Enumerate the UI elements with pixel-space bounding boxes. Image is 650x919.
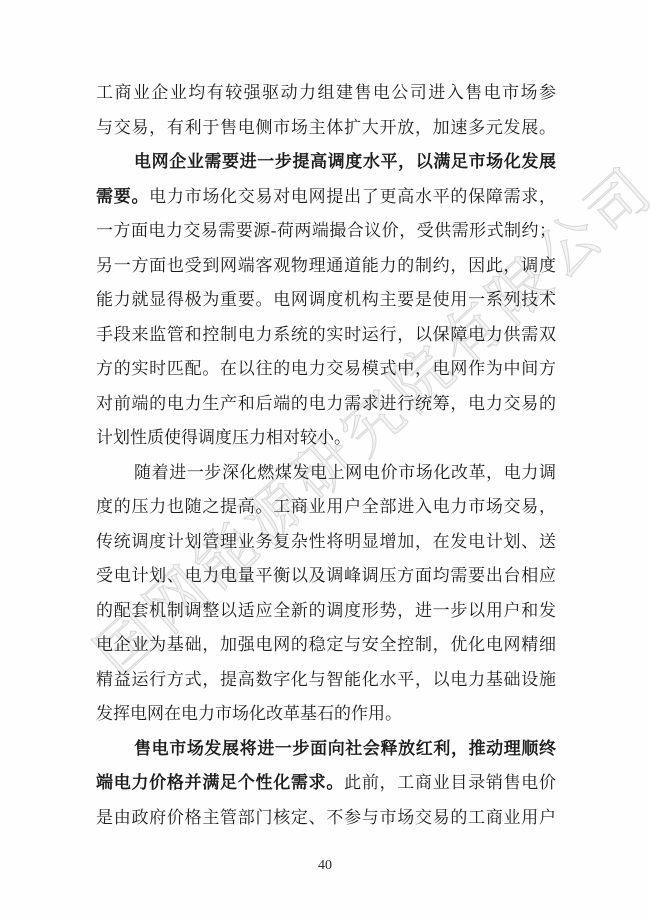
text-line: 需要。电力市场化交易对电网提出了更高水平的保障需求， (96, 180, 556, 215)
text-segment: 受电计划、电力电量平衡以及调峰调压方面均需要出台相应 (96, 566, 556, 585)
text-lines: 工商业企业均有较强驱动力组建售电公司进入售电市场参与交易，有利于售电侧市场主体扩… (96, 76, 556, 835)
text-line: 是由政府价格主管部门核定、不参与市场交易的工商业用户 (96, 801, 556, 836)
text-line: 工商业企业均有较强驱动力组建售电公司进入售电市场参 (96, 76, 556, 111)
text-segment: 度的压力也随之提高。工商业用户全部进入电力市场交易， (96, 497, 556, 516)
text-segment: 此前，工商业目录销售电价 (344, 773, 556, 792)
text-segment: 是由政府价格主管部门核定、不参与市场交易的工商业用户 (96, 808, 556, 827)
text-line: 另一方面也受到网端客观物理通道能力的制约，因此，调度 (96, 249, 556, 284)
bold-text-segment: 需要。 (96, 187, 149, 206)
text-segment: 工商业企业均有较强驱动力组建售电公司进入售电市场参 (96, 83, 556, 102)
text-segment: 一方面电力交易需要源-荷两端撮合议价，受供需形式制约； (96, 221, 556, 240)
text-line: 计划性质使得调度压力相对较小。 (96, 421, 556, 456)
text-segment: 对前端的电力生产和后端的电力需求进行统筹，电力交易的 (96, 394, 556, 413)
text-line: 发挥电网在电力市场化改革基石的作用。 (96, 697, 556, 732)
text-segment: 计划性质使得调度压力相对较小。 (96, 428, 351, 447)
text-segment: 另一方面也受到网端客观物理通道能力的制约，因此，调度 (96, 256, 556, 275)
text-segment: 能力就显得极为重要。电网调度机构主要是使用一系列技术 (96, 290, 556, 309)
text-line: 度的压力也随之提高。工商业用户全部进入电力市场交易， (96, 490, 556, 525)
text-line: 与交易，有利于售电侧市场主体扩大开放，加速多元发展。 (96, 111, 556, 146)
text-line: 能力就显得极为重要。电网调度机构主要是使用一系列技术 (96, 283, 556, 318)
text-segment: 电企业为基础，加强电网的稳定与安全控制，优化电网精细 (96, 635, 556, 654)
text-segment: 方的实时匹配。在以往的电力交易模式中，电网作为中间方 (96, 359, 556, 378)
text-line: 的配套机制调整以适应全新的调度形势，进一步以用户和发 (96, 594, 556, 629)
text-line: 方的实时匹配。在以往的电力交易模式中，电网作为中间方 (96, 352, 556, 387)
text-line: 受电计划、电力电量平衡以及调峰调压方面均需要出台相应 (96, 559, 556, 594)
bold-text-segment: 端电力价格并满足个性化需求。 (96, 773, 344, 792)
document-page: 国网能源研究院有限公司 工商业企业均有较强驱动力组建售电公司进入售电市场参与交易… (0, 0, 650, 919)
text-line: 售电市场发展将进一步面向社会释放红利，推动理顺终 (96, 732, 556, 767)
bold-text-segment: 电网企业需要进一步提高调度水平，以满足市场化发展 (134, 152, 556, 171)
text-line: 端电力价格并满足个性化需求。此前，工商业目录销售电价 (96, 766, 556, 801)
text-segment: 精益运行方式，提高数字化与智能化水平，以电力基础设施 (96, 670, 556, 689)
text-line: 一方面电力交易需要源-荷两端撮合议价，受供需形式制约； (96, 214, 556, 249)
text-line: 对前端的电力生产和后端的电力需求进行统筹，电力交易的 (96, 387, 556, 422)
text-segment: 手段来监管和控制电力系统的实时运行，以保障电力供需双 (96, 325, 556, 344)
text-line: 传统调度计划管理业务复杂性将明显增加，在发电计划、送 (96, 525, 556, 560)
text-line: 随着进一步深化燃煤发电上网电价市场化改革，电力调 (96, 456, 556, 491)
page-number: 40 (0, 858, 650, 874)
text-line: 精益运行方式，提高数字化与智能化水平，以电力基础设施 (96, 663, 556, 698)
bold-text-segment: 售电市场发展将进一步面向社会释放红利，推动理顺终 (134, 739, 556, 758)
text-line: 电企业为基础，加强电网的稳定与安全控制，优化电网精细 (96, 628, 556, 663)
text-segment: 的配套机制调整以适应全新的调度形势，进一步以用户和发 (96, 601, 556, 620)
text-line: 电网企业需要进一步提高调度水平，以满足市场化发展 (96, 145, 556, 180)
text-segment: 发挥电网在电力市场化改革基石的作用。 (96, 704, 402, 723)
text-segment: 随着进一步深化燃煤发电上网电价市场化改革，电力调 (134, 463, 556, 482)
text-segment: 电力市场化交易对电网提出了更高水平的保障需求， (149, 187, 556, 206)
text-segment: 传统调度计划管理业务复杂性将明显增加，在发电计划、送 (96, 532, 556, 551)
text-line: 手段来监管和控制电力系统的实时运行，以保障电力供需双 (96, 318, 556, 353)
text-segment: 与交易，有利于售电侧市场主体扩大开放，加速多元发展。 (96, 118, 556, 137)
